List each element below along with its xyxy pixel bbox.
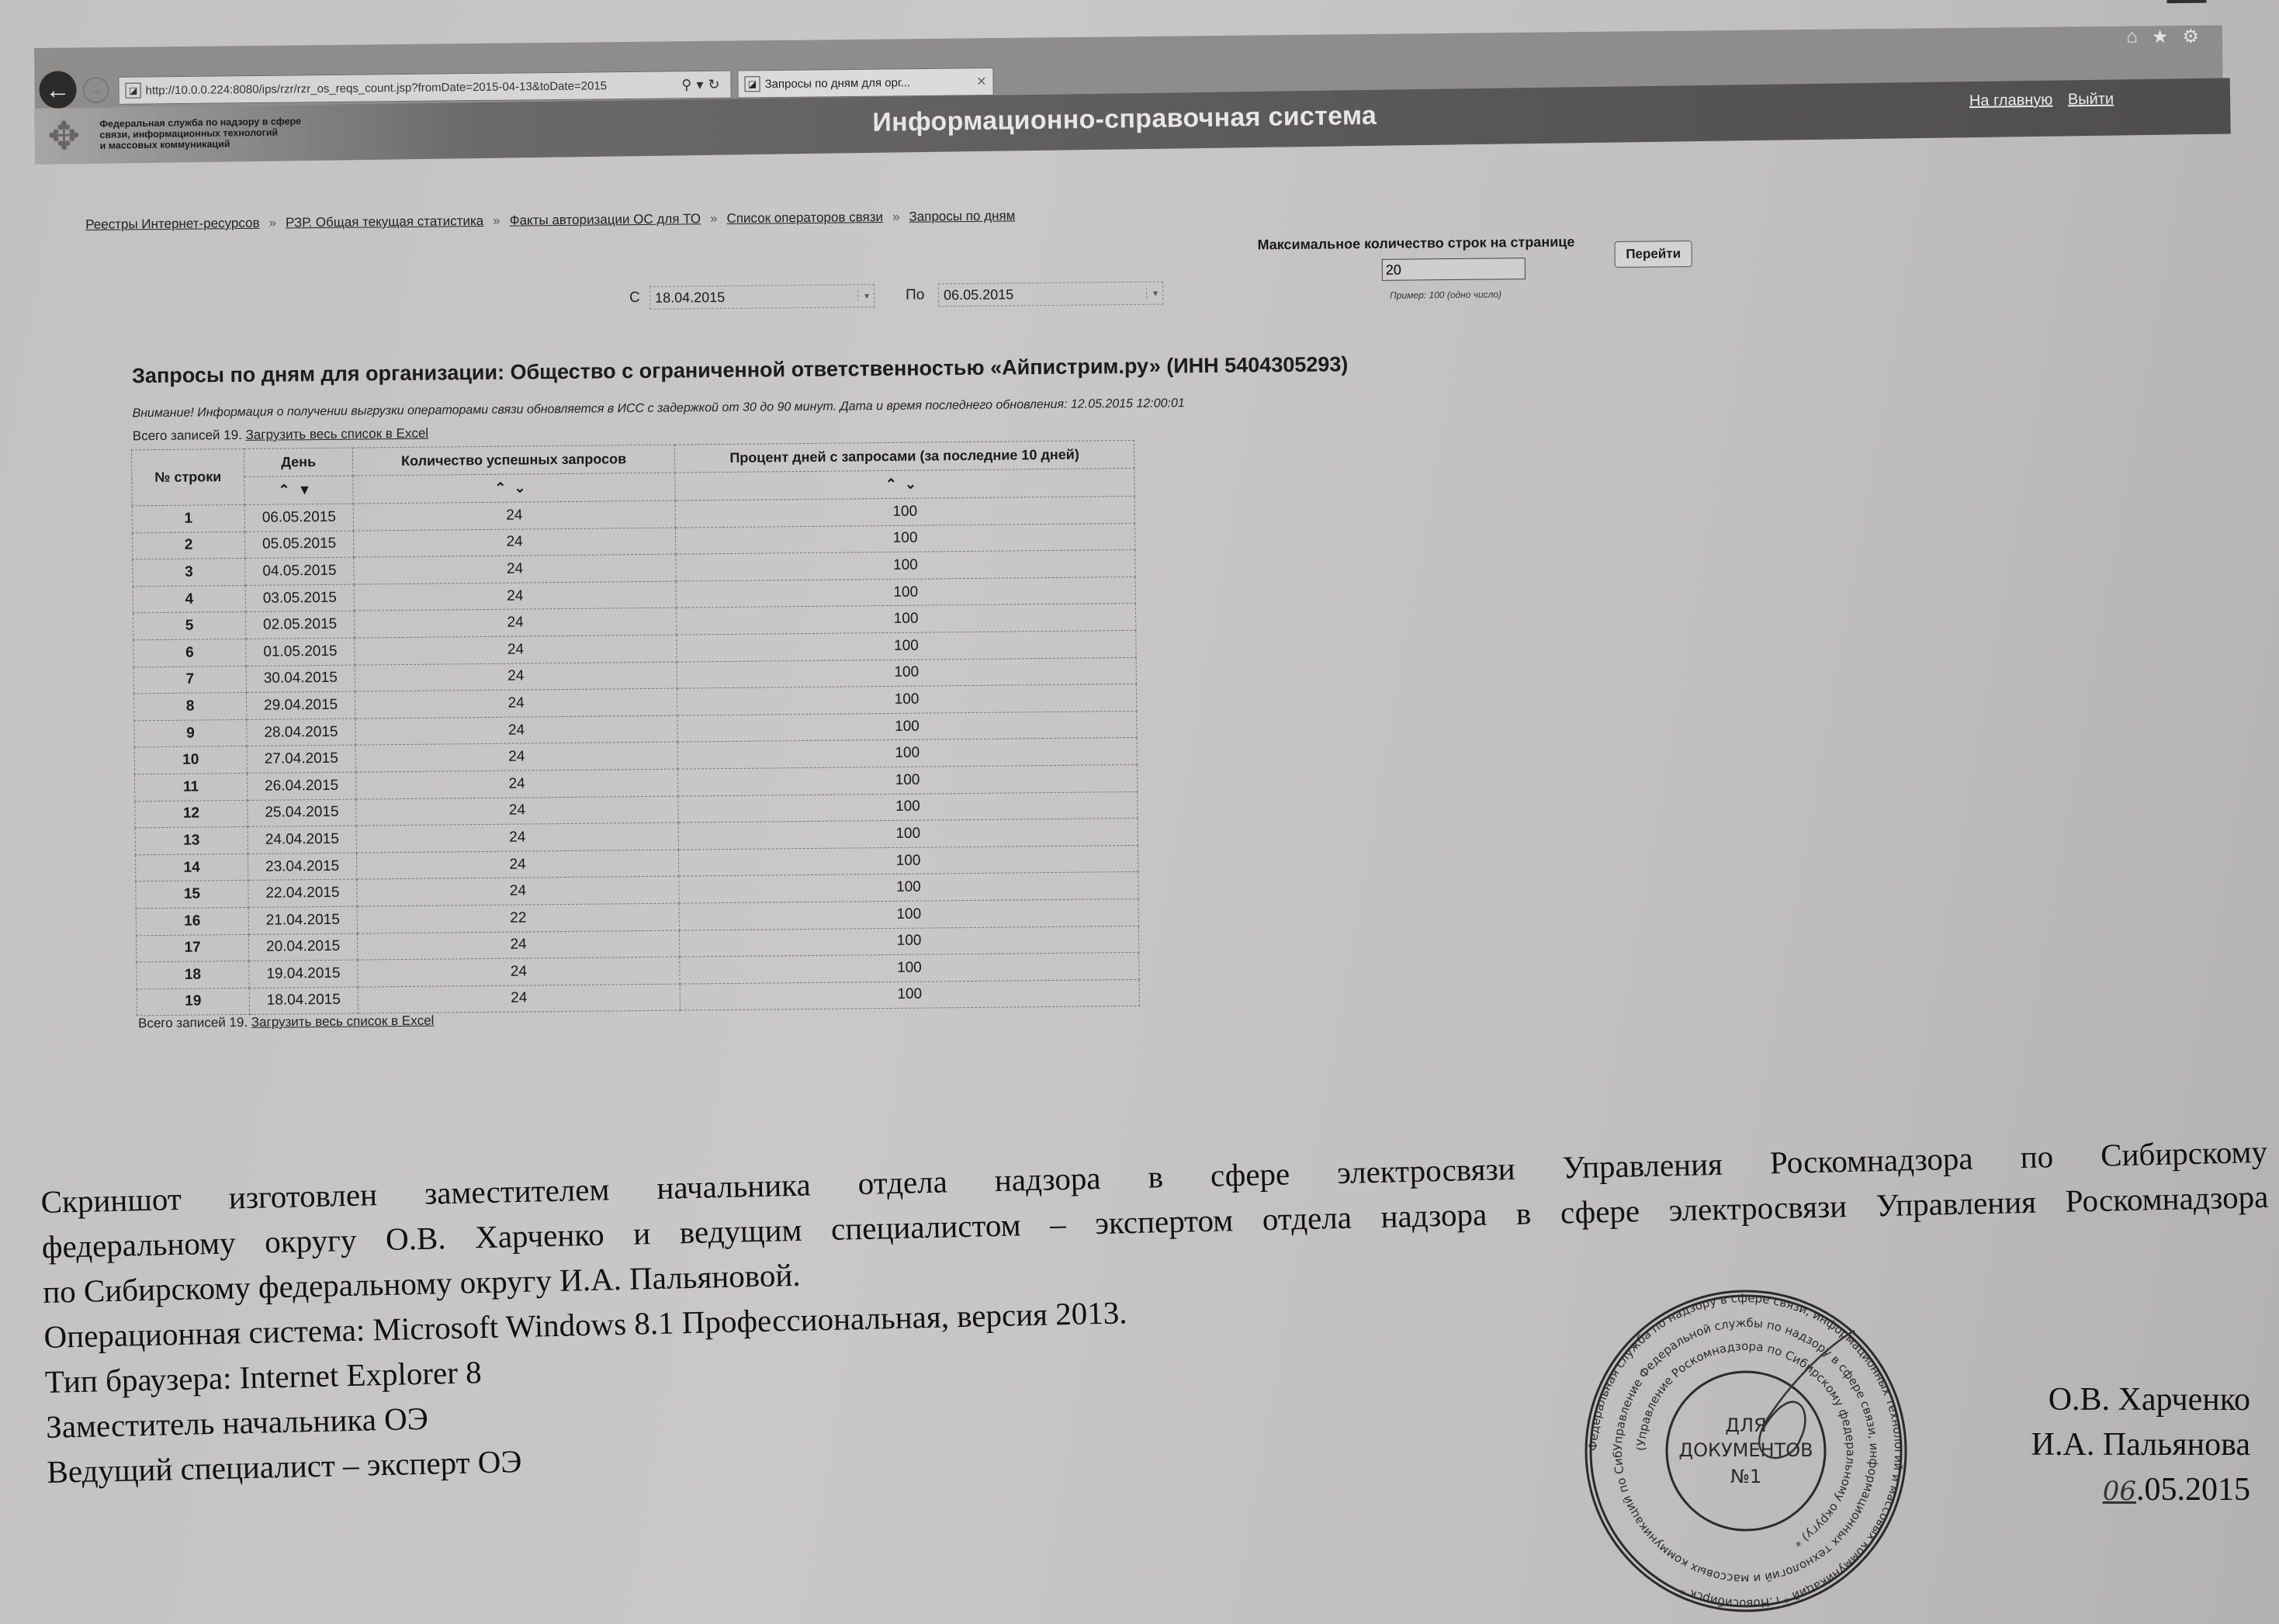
date-rest: .05.2015 [2136, 1472, 2250, 1508]
double-headed-eagle-emblem-icon: ✥ [39, 111, 89, 161]
cell-percent: 100 [677, 684, 1136, 715]
cell-row-number: 13 [135, 827, 248, 855]
cell-percent: 100 [679, 872, 1138, 903]
column-header-success-count: Количество успешных запросов [352, 445, 674, 476]
from-label: С [629, 289, 640, 306]
cell-day: 05.05.2015 [244, 531, 353, 559]
cell-percent: 100 [680, 979, 1139, 1010]
cell-percent: 100 [677, 657, 1136, 688]
cell-row-number: 1 [132, 504, 244, 532]
cell-day: 04.05.2015 [245, 557, 354, 585]
cell-percent: 100 [680, 953, 1139, 984]
chevron-right-icon: » [493, 213, 500, 228]
column-header-row-number: № строки [131, 448, 244, 505]
cell-percent: 100 [678, 791, 1138, 822]
cell-day: 30.04.2015 [246, 665, 355, 693]
svg-text:№1: №1 [1730, 1466, 1761, 1487]
cell-percent: 100 [677, 711, 1137, 742]
cell-success-count: 24 [355, 769, 677, 799]
cell-row-number: 12 [135, 800, 248, 828]
cell-day: 22.04.2015 [248, 879, 357, 907]
cell-row-number: 16 [136, 907, 248, 935]
cell-row-number: 2 [133, 532, 245, 559]
cell-row-number: 19 [137, 988, 249, 1016]
cell-percent: 100 [679, 899, 1138, 930]
handwritten-day: 06 [2103, 1476, 2136, 1507]
breadcrumb-item[interactable]: РЗР. Общая текущая статистика [286, 213, 483, 230]
logout-link[interactable]: Выйти [2068, 91, 2114, 109]
breadcrumb-item-current[interactable]: Запросы по дням [909, 208, 1015, 223]
cell-day: 27.04.2015 [247, 745, 355, 773]
page-content: Реестры Интернет-ресурсов»РЗР. Общая тек… [78, 189, 2227, 1032]
cell-day: 21.04.2015 [248, 906, 357, 934]
cell-day: 01.05.2015 [246, 638, 355, 666]
restore-icon[interactable]: ❐ [2140, 0, 2153, 4]
cell-percent: 100 [675, 523, 1134, 554]
total-records-label: Всего записей 19. [133, 428, 242, 443]
cell-success-count: 24 [355, 635, 677, 665]
to-label: По [906, 287, 924, 304]
cell-day: 26.04.2015 [247, 772, 355, 800]
star-icon[interactable]: ★ [2152, 26, 2169, 48]
browser-tab[interactable]: ◪ Запросы по дням для орг... ✕ [737, 68, 993, 98]
cell-success-count: 24 [355, 688, 677, 719]
total-records-label: Всего записей 19. [138, 1015, 248, 1030]
minimize-icon[interactable]: – [2118, 0, 2126, 4]
page-title: Запросы по дням для организации: Обществ… [132, 352, 1349, 388]
excel-download-link[interactable]: Загрузить весь список в Excel [251, 1013, 435, 1030]
system-title: Информационно-справочная система [872, 101, 1377, 138]
cell-row-number: 18 [137, 961, 249, 989]
table-body: 106.05.201524100205.05.201524100304.05.2… [132, 496, 1139, 1016]
sort-asc-icon[interactable]: ⌃ [278, 482, 297, 497]
requests-table: № строки День Количество успешных запрос… [131, 440, 1140, 1016]
signature-date: 06.05.2015 [1986, 1467, 2250, 1514]
cell-success-count: 24 [354, 554, 676, 584]
cell-success-count: 24 [358, 957, 680, 987]
to-date-value[interactable]: 06.05.2015 [944, 285, 1146, 303]
cell-row-number: 6 [133, 639, 246, 667]
go-button[interactable]: Перейти [1614, 241, 1692, 268]
total-records-top: Всего записей 19. Загрузить весь список … [133, 426, 429, 445]
from-date-value[interactable]: 18.04.2015 [655, 288, 857, 306]
cell-success-count: 24 [355, 662, 677, 692]
breadcrumb-item[interactable]: Список операторов связи [726, 209, 883, 226]
cell-percent: 100 [676, 550, 1135, 581]
dropdown-icon[interactable]: ▾ [696, 76, 708, 92]
cell-row-number: 9 [134, 719, 247, 747]
cell-day: 24.04.2015 [248, 826, 356, 854]
to-date-field[interactable]: 06.05.2015 ▾ [938, 282, 1163, 307]
org-name: Федеральная служба по надзору в сфере св… [99, 115, 364, 151]
sort-controls-percent[interactable]: ⌃⌄ [675, 468, 1134, 500]
cell-success-count: 24 [353, 528, 675, 558]
chevron-right-icon: » [892, 209, 900, 224]
cell-percent: 100 [678, 845, 1138, 876]
breadcrumb-item[interactable]: Факты авторизации ОС для ТО [510, 211, 701, 227]
home-icon[interactable]: ⌂ [2126, 26, 2138, 49]
arrow-right-icon[interactable]: → [82, 77, 109, 103]
cell-percent: 100 [678, 819, 1138, 850]
column-header-day: День [244, 448, 352, 476]
official-stamp: Федеральная служба по надзору в сфере св… [1583, 1284, 1909, 1618]
sort-controls-count[interactable]: ⌃⌄ [353, 473, 675, 504]
cell-success-count: 24 [354, 581, 676, 611]
tab-title: Запросы по дням для орг... [764, 75, 972, 91]
breadcrumb-item[interactable]: Реестры Интернет-ресурсов [85, 216, 260, 232]
cell-day: 23.04.2015 [248, 853, 356, 881]
cell-success-count: 24 [357, 876, 679, 906]
sort-asc-icon[interactable]: ⌃ [494, 480, 514, 496]
cell-day: 02.05.2015 [245, 611, 354, 639]
excel-download-link[interactable]: Загрузить весь список в Excel [246, 426, 429, 442]
signers-block: О.В. Харченко И.А. Пальянова 06.05.2015 [1986, 1377, 2250, 1514]
tab-favicon-icon: ◪ [744, 76, 760, 92]
cell-success-count: 24 [354, 608, 676, 638]
cell-percent: 100 [677, 738, 1137, 769]
sort-desc-active-icon[interactable]: ▼ [298, 482, 320, 497]
cell-row-number: 17 [136, 934, 248, 962]
cell-day: 28.04.2015 [247, 719, 355, 746]
cell-day: 03.05.2015 [245, 584, 354, 612]
cell-row-number: 15 [136, 881, 248, 909]
tab-close-icon[interactable]: ✕ [976, 74, 987, 89]
gear-icon[interactable]: ⚙ [2182, 26, 2199, 48]
cell-day: 25.04.2015 [248, 799, 356, 827]
cell-row-number: 14 [135, 854, 248, 881]
certification-caption: Скриншот изготовлен заместителем начальн… [40, 1129, 2274, 1494]
signer-name: О.В. Харченко [1986, 1377, 2250, 1422]
home-link[interactable]: На главную [1969, 92, 2053, 109]
sort-desc-icon[interactable]: ⌄ [514, 480, 533, 495]
sort-desc-icon[interactable]: ⌄ [905, 476, 924, 492]
max-rows-label: Максимальное количество строк на страниц… [1257, 234, 1574, 253]
url-text[interactable]: http://10.0.0.224:8080/ips/rzr/rzr_os_re… [145, 78, 675, 97]
update-notice: Внимание! Информация о получении выгрузк… [132, 396, 1184, 421]
cell-row-number: 4 [133, 585, 245, 613]
cell-success-count: 24 [356, 796, 678, 826]
search-icon[interactable]: ⚲ [681, 77, 696, 92]
cell-success-count: 24 [355, 715, 677, 746]
sort-controls-day[interactable]: ⌃▼ [244, 476, 353, 504]
chevron-right-icon: » [710, 211, 718, 226]
cell-row-number: 8 [133, 693, 246, 721]
cell-success-count: 22 [357, 903, 679, 933]
chevron-right-icon: » [268, 216, 276, 230]
chevron-down-icon[interactable]: ▾ [1146, 288, 1158, 299]
cell-day: 20.04.2015 [248, 933, 357, 961]
chevron-down-icon[interactable]: ▾ [857, 290, 869, 301]
cell-success-count: 24 [356, 850, 678, 880]
arrow-left-icon[interactable]: ← [39, 71, 77, 109]
from-date-field[interactable]: 18.04.2015 ▾ [649, 284, 875, 310]
cell-day: 06.05.2015 [244, 504, 353, 532]
cell-row-number: 5 [133, 612, 245, 640]
column-header-percent-days: Процент дней с запросами (за последние 1… [674, 440, 1134, 473]
cell-percent: 100 [675, 496, 1134, 527]
cell-percent: 100 [677, 764, 1137, 795]
refresh-icon[interactable]: ↻ [708, 76, 724, 92]
filter-panel: С 18.04.2015 ▾ По 06.05.2015 ▾ Максималь… [629, 233, 1716, 328]
cell-percent: 100 [676, 577, 1135, 608]
cell-percent: 100 [676, 604, 1135, 635]
page-favicon-icon: ◪ [125, 83, 140, 99]
max-rows-input[interactable] [1382, 258, 1526, 281]
cell-day: 18.04.2015 [249, 987, 358, 1015]
cell-success-count: 24 [358, 984, 680, 1014]
browser-toolbar-icons: ⌂ ★ ⚙ [2126, 26, 2199, 49]
cell-percent: 100 [677, 630, 1136, 661]
sort-asc-icon[interactable]: ⌃ [885, 476, 905, 492]
cell-row-number: 10 [134, 746, 247, 774]
cell-success-count: 24 [356, 822, 678, 853]
cell-row-number: 3 [133, 559, 245, 587]
cell-row-number: 7 [133, 666, 246, 694]
cell-success-count: 24 [353, 500, 675, 531]
cell-success-count: 24 [355, 742, 677, 772]
cell-day: 19.04.2015 [249, 960, 358, 988]
signer-name: И.А. Пальянова [1986, 1422, 2250, 1467]
close-window-icon[interactable]: ✕ [2166, 0, 2206, 3]
cell-row-number: 11 [134, 773, 247, 801]
cell-day: 29.04.2015 [246, 691, 355, 719]
cell-success-count: 24 [357, 930, 679, 961]
header-links: На главную Выйти [1959, 91, 2114, 111]
total-records-bottom: Всего записей 19. Загрузить весь список … [138, 1013, 435, 1032]
cell-percent: 100 [679, 926, 1138, 957]
max-rows-hint: Пример: 100 (одно число) [1390, 289, 1501, 300]
breadcrumb: Реестры Интернет-ресурсов»РЗР. Общая тек… [85, 208, 1015, 233]
